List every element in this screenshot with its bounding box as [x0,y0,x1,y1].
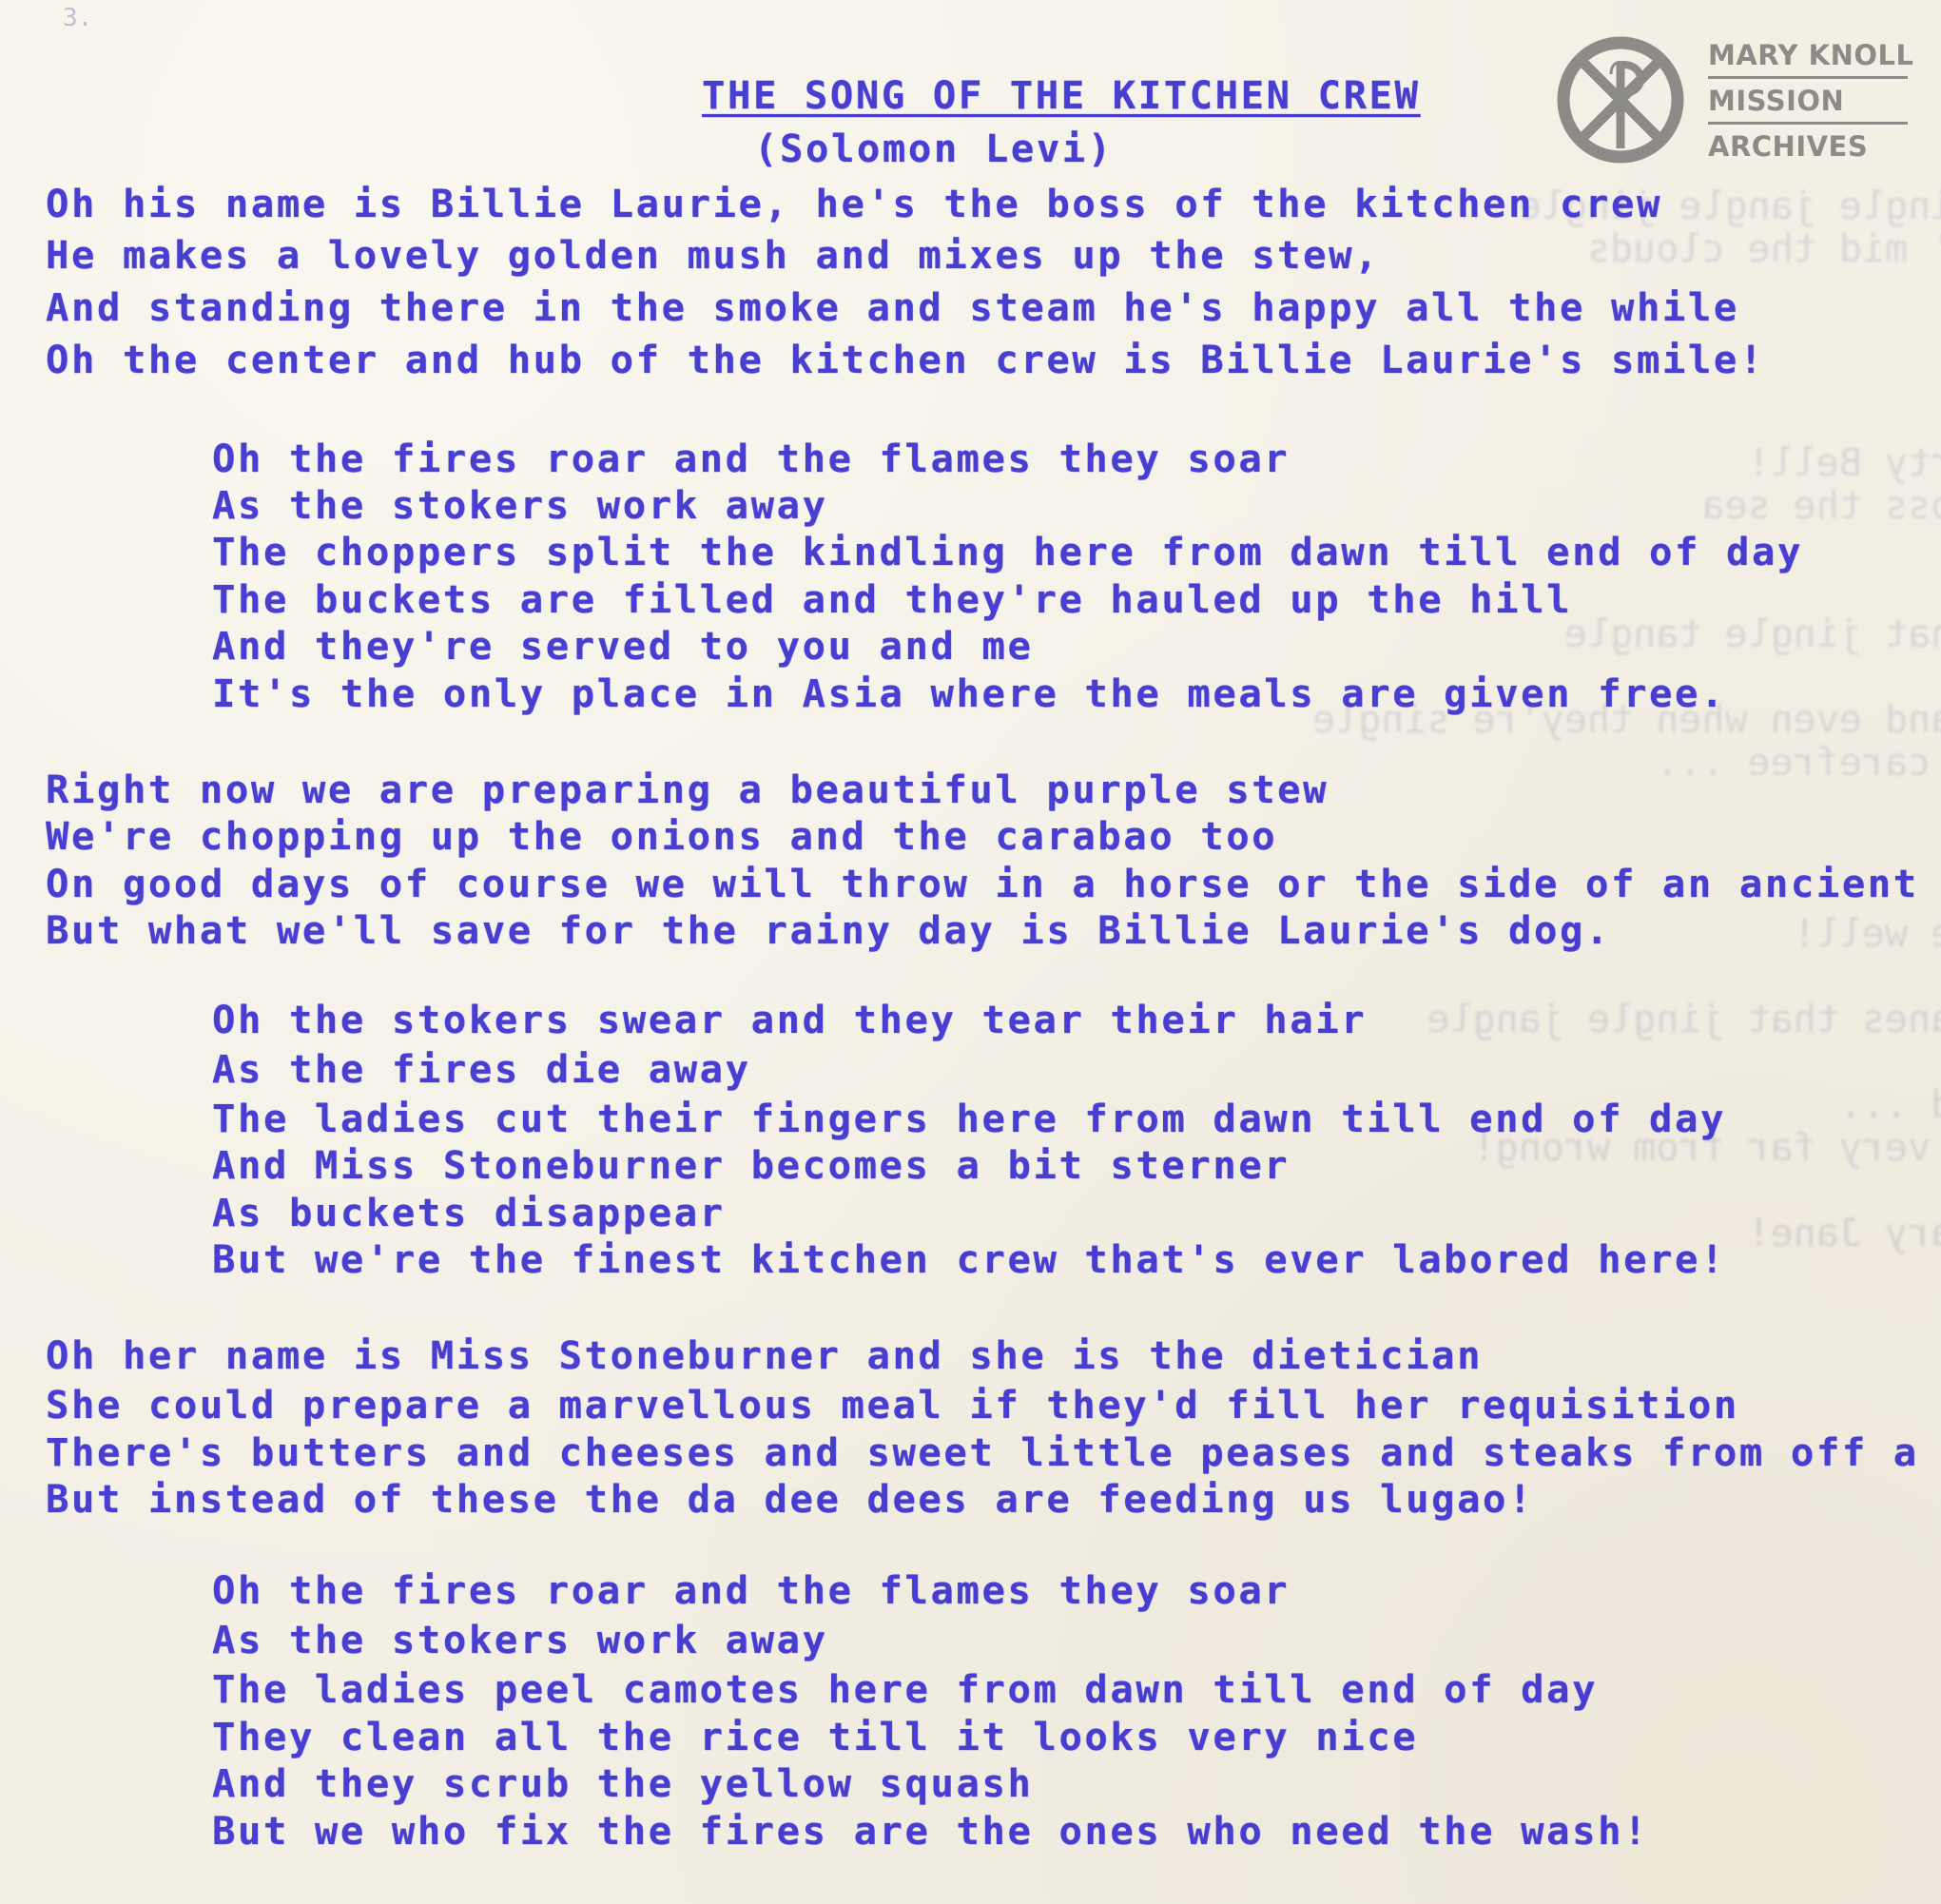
lyric-line: Oh the fires roar and the flames they so… [212,1567,1290,1613]
lyric-line: As the fires die away [212,1046,751,1092]
song-title: THE SONG OF THE KITCHEN CREW [702,72,1421,118]
lyric-line: On good days of course we will throw in … [46,861,1941,906]
logo-line-2: MISSION [1708,82,1917,120]
lyric-line: As buckets disappear [212,1190,726,1235]
logo-divider [1708,122,1908,125]
lyric-line: Oh the fires roar and the flames they so… [212,436,1290,481]
lyric-line: Oh her name is Miss Stoneburner and she … [46,1332,1483,1378]
lyric-line: She could prepare a marvellous meal if t… [46,1382,1739,1428]
lyric-line: The buckets are filled and they're haule… [212,576,1572,622]
lyric-line: The ladies peel camotes here from dawn t… [212,1666,1598,1712]
lyric-line: As the stokers work away [212,482,828,528]
chi-rho-icon [1556,36,1689,164]
lyric-line: We're chopping up the onions and the car… [46,813,1277,859]
lyric-line: The choppers split the kindling here fro… [212,529,1803,574]
lyric-line: Oh his name is Billie Laurie, he's the b… [46,181,1662,226]
logo-line-1: MARY KNOLL [1708,36,1917,74]
song-subtitle: (Solomon Levi) [754,126,1114,171]
lyric-line: Oh the center and hub of the kitchen cre… [46,337,1765,382]
lyric-line: It's the only place in Asia where the me… [212,670,1726,716]
lyric-line: But we who fix the fires are the ones wh… [212,1808,1649,1854]
lyric-line: And they scrub the yellow squash [212,1760,1033,1806]
maryknoll-archives-logo: MARY KNOLL MISSION ARCHIVES [1556,36,1917,164]
lyric-line: And they're served to you and me [212,623,1033,669]
lyric-line: They clean all the rice till it looks ve… [212,1714,1418,1759]
page-number: 3. [63,4,92,32]
lyric-line: As the stokers work away [212,1617,828,1662]
logo-line-3: ARCHIVES [1708,127,1917,165]
lyric-line: But instead of these the da dee dees are… [46,1476,1534,1522]
lyric-line: But we're the finest kitchen crew that's… [212,1236,1726,1282]
lyric-line: He makes a lovely golden mush and mixes … [46,232,1380,278]
logo-divider [1708,76,1908,79]
lyric-line: And standing there in the smoke and stea… [46,284,1739,330]
lyric-line: Right now we are preparing a beautiful p… [46,767,1329,812]
lyric-line: And Miss Stoneburner becomes a bit stern… [212,1142,1290,1188]
logo-wordmark: MARY KNOLL MISSION ARCHIVES [1708,36,1917,165]
lyric-line: Oh the stokers swear and they tear their… [212,997,1367,1042]
lyric-line: The ladies cut their fingers here from d… [212,1096,1726,1141]
lyric-line: But what we'll save for the rainy day is… [46,907,1611,953]
lyric-line: There's butters and cheeses and sweet li… [46,1429,1941,1475]
